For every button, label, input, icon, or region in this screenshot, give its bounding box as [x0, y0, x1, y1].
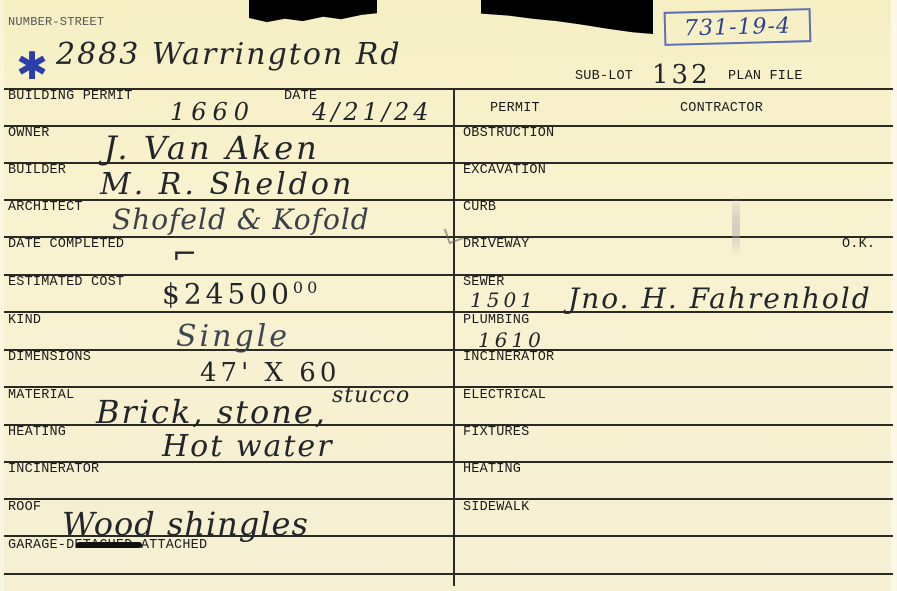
address-value: 2883 Warrington Rd [56, 40, 402, 70]
number-street-label: NUMBER-STREET [8, 16, 104, 28]
owner-label: OWNER [8, 127, 50, 141]
sidewalk-label: SIDEWALK [463, 501, 529, 515]
date-completed-label: DATE COMPLETED [8, 238, 124, 252]
builder-label: BUILDER [8, 164, 66, 178]
file-number-stamp: 731-19-4 [664, 8, 812, 46]
rule-line [4, 88, 893, 90]
torn-edge [481, 0, 653, 34]
sewer-permit-value: 1501 [470, 290, 537, 310]
material-label: MATERIAL [8, 389, 74, 403]
owner-value: J. Van Aken [104, 132, 320, 164]
sewer-contractor-value: Jno. H. Fahrenhold [568, 285, 872, 313]
kind-value: Single [176, 322, 290, 352]
star-mark-icon: ✱ [14, 48, 50, 84]
building-permit-label: BUILDING PERMIT [8, 90, 133, 104]
driveway-label: DRIVEWAY [463, 238, 529, 252]
date-value: 4/21/24 [312, 100, 433, 124]
dimensions-label: DIMENSIONS [8, 351, 91, 365]
incinerator-permit-label: INCINERATOR [463, 351, 554, 365]
rule-line [4, 461, 893, 463]
roof-label: ROOF [8, 501, 41, 515]
driveway-status: O.K. [842, 238, 875, 252]
estimated-cost-value: $2450000 [162, 280, 321, 308]
curb-label: CURB [463, 201, 496, 215]
dimensions-value: 47' X 60 [200, 360, 340, 386]
permit-column-header: PERMIT [490, 102, 540, 116]
builder-value: M. R. Sheldon [100, 170, 354, 200]
estimated-cost-dollars: $24500 [162, 277, 293, 310]
pencil-scribble [732, 196, 740, 256]
kind-label: KIND [8, 314, 41, 328]
roof-value: Wood shingles [62, 508, 309, 540]
plumbing-permit-value: 1610 [478, 330, 545, 350]
architect-value: Shofeld & Kofold [112, 206, 370, 234]
architect-label: ARCHITECT [8, 201, 83, 215]
obstruction-label: OBSTRUCTION [463, 127, 554, 141]
heating-label: HEATING [8, 426, 66, 440]
fixtures-label: FIXTURES [463, 426, 529, 440]
contractor-column-header: CONTRACTOR [680, 102, 763, 116]
date-completed-value: ⌐ [172, 240, 197, 270]
material-value: Brick, stone, [96, 396, 327, 428]
rule-line [4, 125, 893, 127]
rule-line [4, 349, 893, 351]
plumbing-label: PLUMBING [463, 314, 529, 328]
column-divider [453, 88, 455, 586]
garage-label-prefix: GARAGE- [8, 538, 66, 553]
plan-file-label: PLAN FILE [728, 70, 803, 84]
torn-edge [249, 0, 377, 24]
estimated-cost-label: ESTIMATED COST [8, 276, 124, 290]
material-extra-value: stucco [332, 385, 410, 407]
sub-lot-label: SUB-LOT [575, 70, 633, 84]
check-mark-icon [444, 224, 465, 245]
estimated-cost-cents: 00 [293, 278, 321, 297]
heating-permit-label: HEATING [463, 463, 521, 477]
incinerator-label: INCINERATOR [8, 463, 99, 477]
sub-lot-value: 132 [652, 62, 711, 88]
heating-value: Hot water [162, 432, 334, 462]
rule-line [4, 274, 893, 276]
rule-line [4, 386, 893, 388]
excavation-label: EXCAVATION [463, 164, 546, 178]
permit-card: NUMBER-STREET ✱ 2883 Warrington Rd 731-1… [0, 0, 897, 591]
stamp-number: 731-19-4 [684, 13, 791, 41]
electrical-label: ELECTRICAL [463, 389, 546, 403]
rule-line [4, 498, 893, 500]
rule-line [4, 573, 893, 575]
building-permit-value: 1660 [170, 100, 255, 124]
